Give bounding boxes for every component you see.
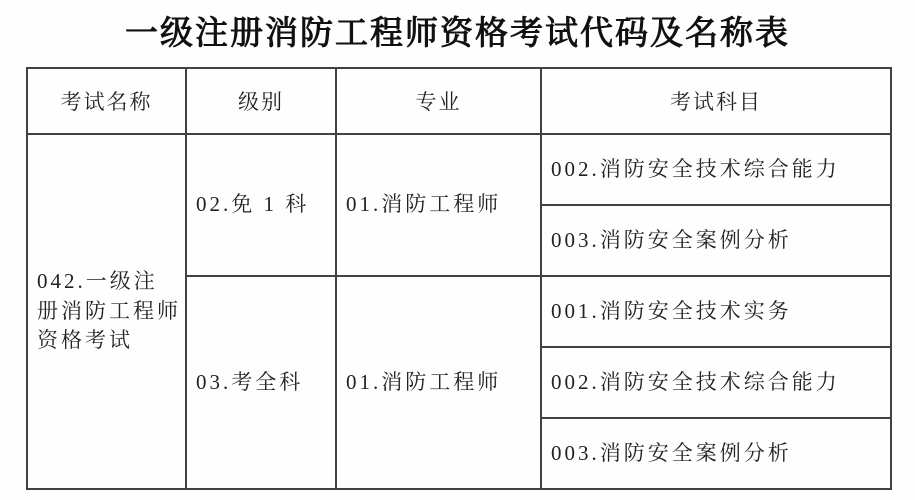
table-row: 042.一级注册消防工程师资格考试 02.免 1 科 01.消防工程师 002.… <box>27 134 891 205</box>
page-title: 一级注册消防工程师资格考试代码及名称表 <box>0 0 915 54</box>
subject-cell: 002.消防安全技术综合能力 <box>541 347 891 418</box>
header-subjects: 考试科目 <box>541 68 891 134</box>
document-page: 一级注册消防工程师资格考试代码及名称表 考试名称 级别 专业 考试科目 042.… <box>0 0 915 500</box>
subject-cell: 003.消防安全案例分析 <box>541 205 891 276</box>
header-row: 考试名称 级别 专业 考试科目 <box>27 68 891 134</box>
level-cell-group1: 02.免 1 科 <box>186 134 336 276</box>
subject-cell: 003.消防安全案例分析 <box>541 418 891 489</box>
subject-cell: 002.消防安全技术综合能力 <box>541 134 891 205</box>
level-cell-group2: 03.考全科 <box>186 276 336 489</box>
header-major: 专业 <box>336 68 541 134</box>
exam-code-table: 考试名称 级别 专业 考试科目 042.一级注册消防工程师资格考试 02.免 1… <box>26 67 892 490</box>
major-cell-group1: 01.消防工程师 <box>336 134 541 276</box>
header-exam-name: 考试名称 <box>27 68 186 134</box>
major-cell-group2: 01.消防工程师 <box>336 276 541 489</box>
header-level: 级别 <box>186 68 336 134</box>
exam-name-cell: 042.一级注册消防工程师资格考试 <box>27 134 186 489</box>
subject-cell: 001.消防安全技术实务 <box>541 276 891 347</box>
